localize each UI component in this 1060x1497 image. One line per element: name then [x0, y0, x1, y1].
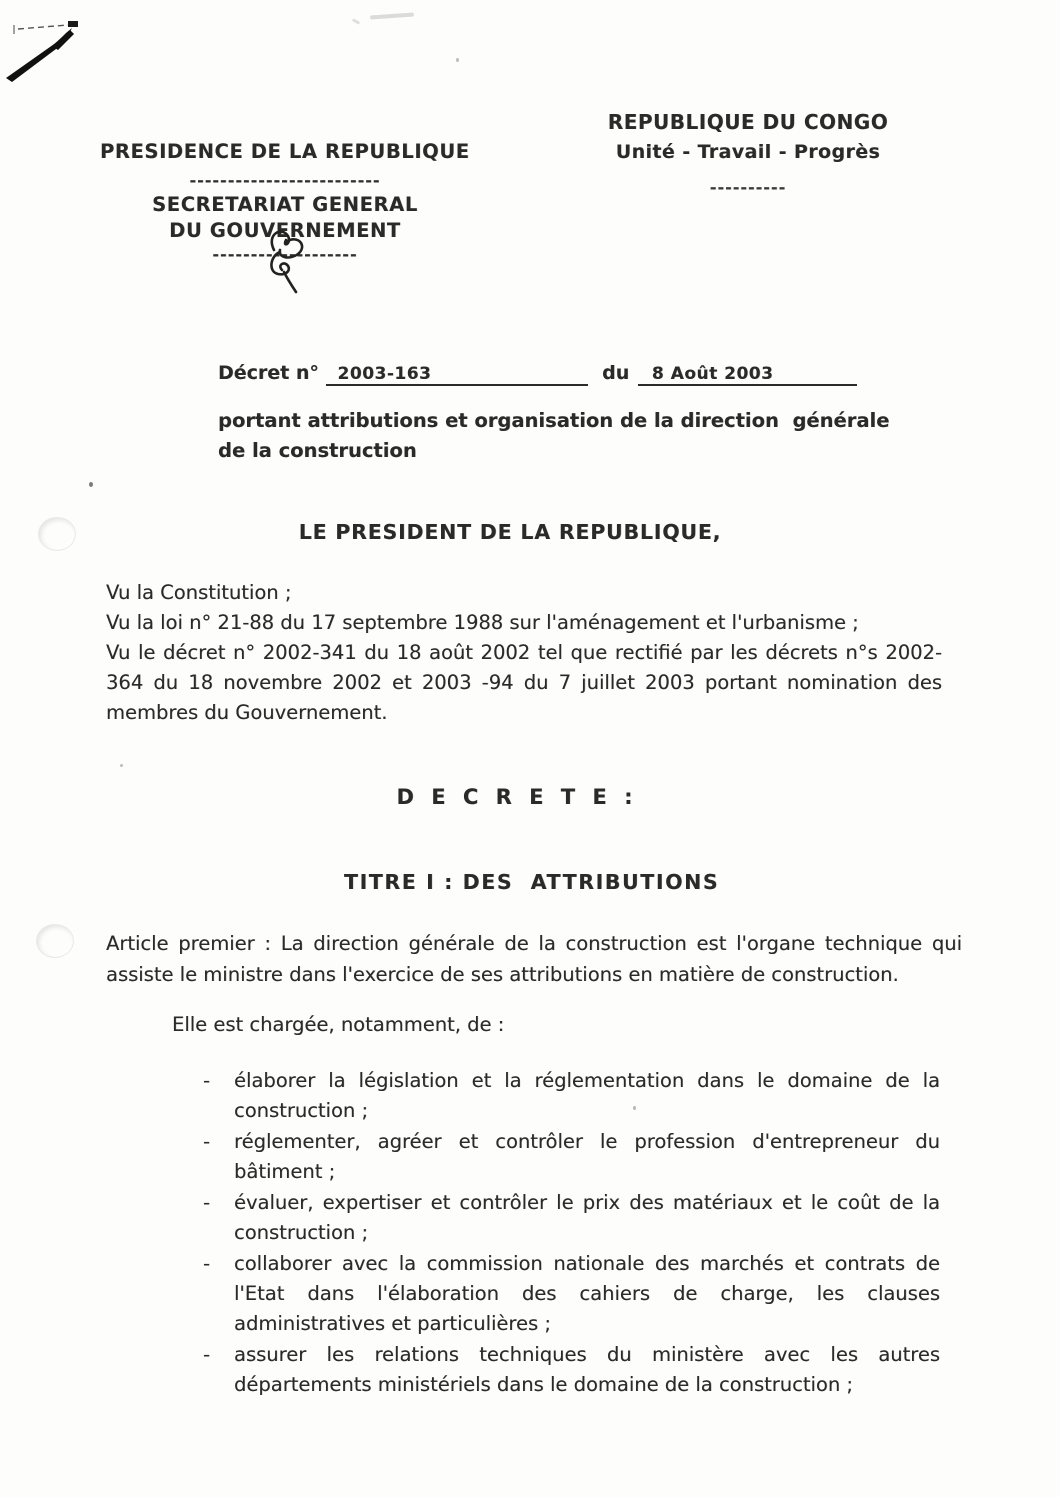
- duty-text: assurer les relations techniques du mini…: [234, 1340, 940, 1400]
- dashed-divider: -------------------: [100, 248, 470, 262]
- duty-text: collaborer avec la commission nationale …: [234, 1249, 940, 1339]
- decree-du: du: [602, 362, 629, 384]
- duty-text: réglementer, agréer et contrôler le prof…: [234, 1127, 940, 1187]
- president-salutation: LE PRESIDENT DE LA REPUBLIQUE,: [0, 520, 1060, 544]
- dash-bullet: -: [203, 1249, 234, 1339]
- country-name: REPUBLIQUE DU CONGO: [588, 110, 908, 134]
- smudge-mark: [370, 12, 414, 19]
- duty-text: évaluer, expertiser et contrôler le prix…: [234, 1188, 940, 1248]
- duty-item: - évaluer, expertiser et contrôler le pr…: [203, 1188, 940, 1248]
- decree-prefix: Décret n°: [218, 362, 319, 384]
- presidency-title: PRESIDENCE DE LA REPUBLIQUE: [100, 140, 470, 163]
- punch-hole: [36, 924, 74, 958]
- dash-bullet: -: [203, 1066, 234, 1126]
- ink-speck: [120, 764, 123, 767]
- dash-bullet: -: [203, 1188, 234, 1248]
- visa-loi: Vu la loi n° 21-88 du 17 septembre 1988 …: [106, 608, 942, 638]
- decree-number: 2003-163: [326, 364, 588, 386]
- decree-reference: Décret n° 2003-163 du 8 Août 2003: [218, 362, 857, 386]
- titre1-heading: TITRE I : DES ATTRIBUTIONS: [344, 870, 719, 894]
- national-motto: Unité - Travail - Progrès: [588, 141, 908, 163]
- duties-intro: Elle est chargée, notamment, de :: [172, 1013, 504, 1036]
- duty-item: - assurer les relations techniques du mi…: [203, 1340, 940, 1400]
- decree-subject: portant attributions et organisation de …: [218, 406, 889, 466]
- article-premier: Article premier : La direction générale …: [106, 928, 962, 990]
- subject-line-1: portant attributions et organisation de …: [218, 406, 889, 436]
- visas-block: Vu la Constitution ; Vu la loi n° 21-88 …: [106, 578, 942, 728]
- dash-bullet: -: [203, 1127, 234, 1187]
- smudge-mark: [352, 18, 360, 25]
- ink-speck: [89, 482, 93, 487]
- secretariat-line1: SECRETARIAT GENERAL: [100, 193, 470, 216]
- decrete-heading: D E C R E T E :: [0, 785, 1060, 809]
- letterhead-right: REPUBLIQUE DU CONGO Unité - Travail - Pr…: [588, 110, 908, 197]
- scanned-decree-page: PRESIDENCE DE LA REPUBLIQUE ------------…: [0, 0, 1060, 1497]
- duty-item: - réglementer, agréer et contrôler le pr…: [203, 1127, 940, 1187]
- ink-speck: [456, 58, 459, 62]
- duty-item: - collaborer avec la commission national…: [203, 1249, 940, 1339]
- scribble-mark-icon: [252, 226, 312, 294]
- dashed-divider: ----------: [588, 178, 908, 197]
- visa-constitution: Vu la Constitution ;: [106, 578, 942, 608]
- subject-line-2: de la construction: [218, 436, 889, 466]
- duty-item: - élaborer la législation et la réglemen…: [203, 1066, 940, 1126]
- duties-list: - élaborer la législation et la réglemen…: [203, 1066, 940, 1401]
- dashed-divider: -------------------------: [100, 174, 470, 188]
- visa-decret: Vu le décret n° 2002-341 du 18 août 2002…: [106, 638, 942, 728]
- pen-mark-icon: [2, 8, 232, 88]
- dash-bullet: -: [203, 1340, 234, 1400]
- letterhead-left: PRESIDENCE DE LA REPUBLIQUE ------------…: [100, 140, 470, 262]
- duty-text: élaborer la législation et la réglementa…: [234, 1066, 940, 1126]
- decree-date: 8 Août 2003: [638, 364, 857, 386]
